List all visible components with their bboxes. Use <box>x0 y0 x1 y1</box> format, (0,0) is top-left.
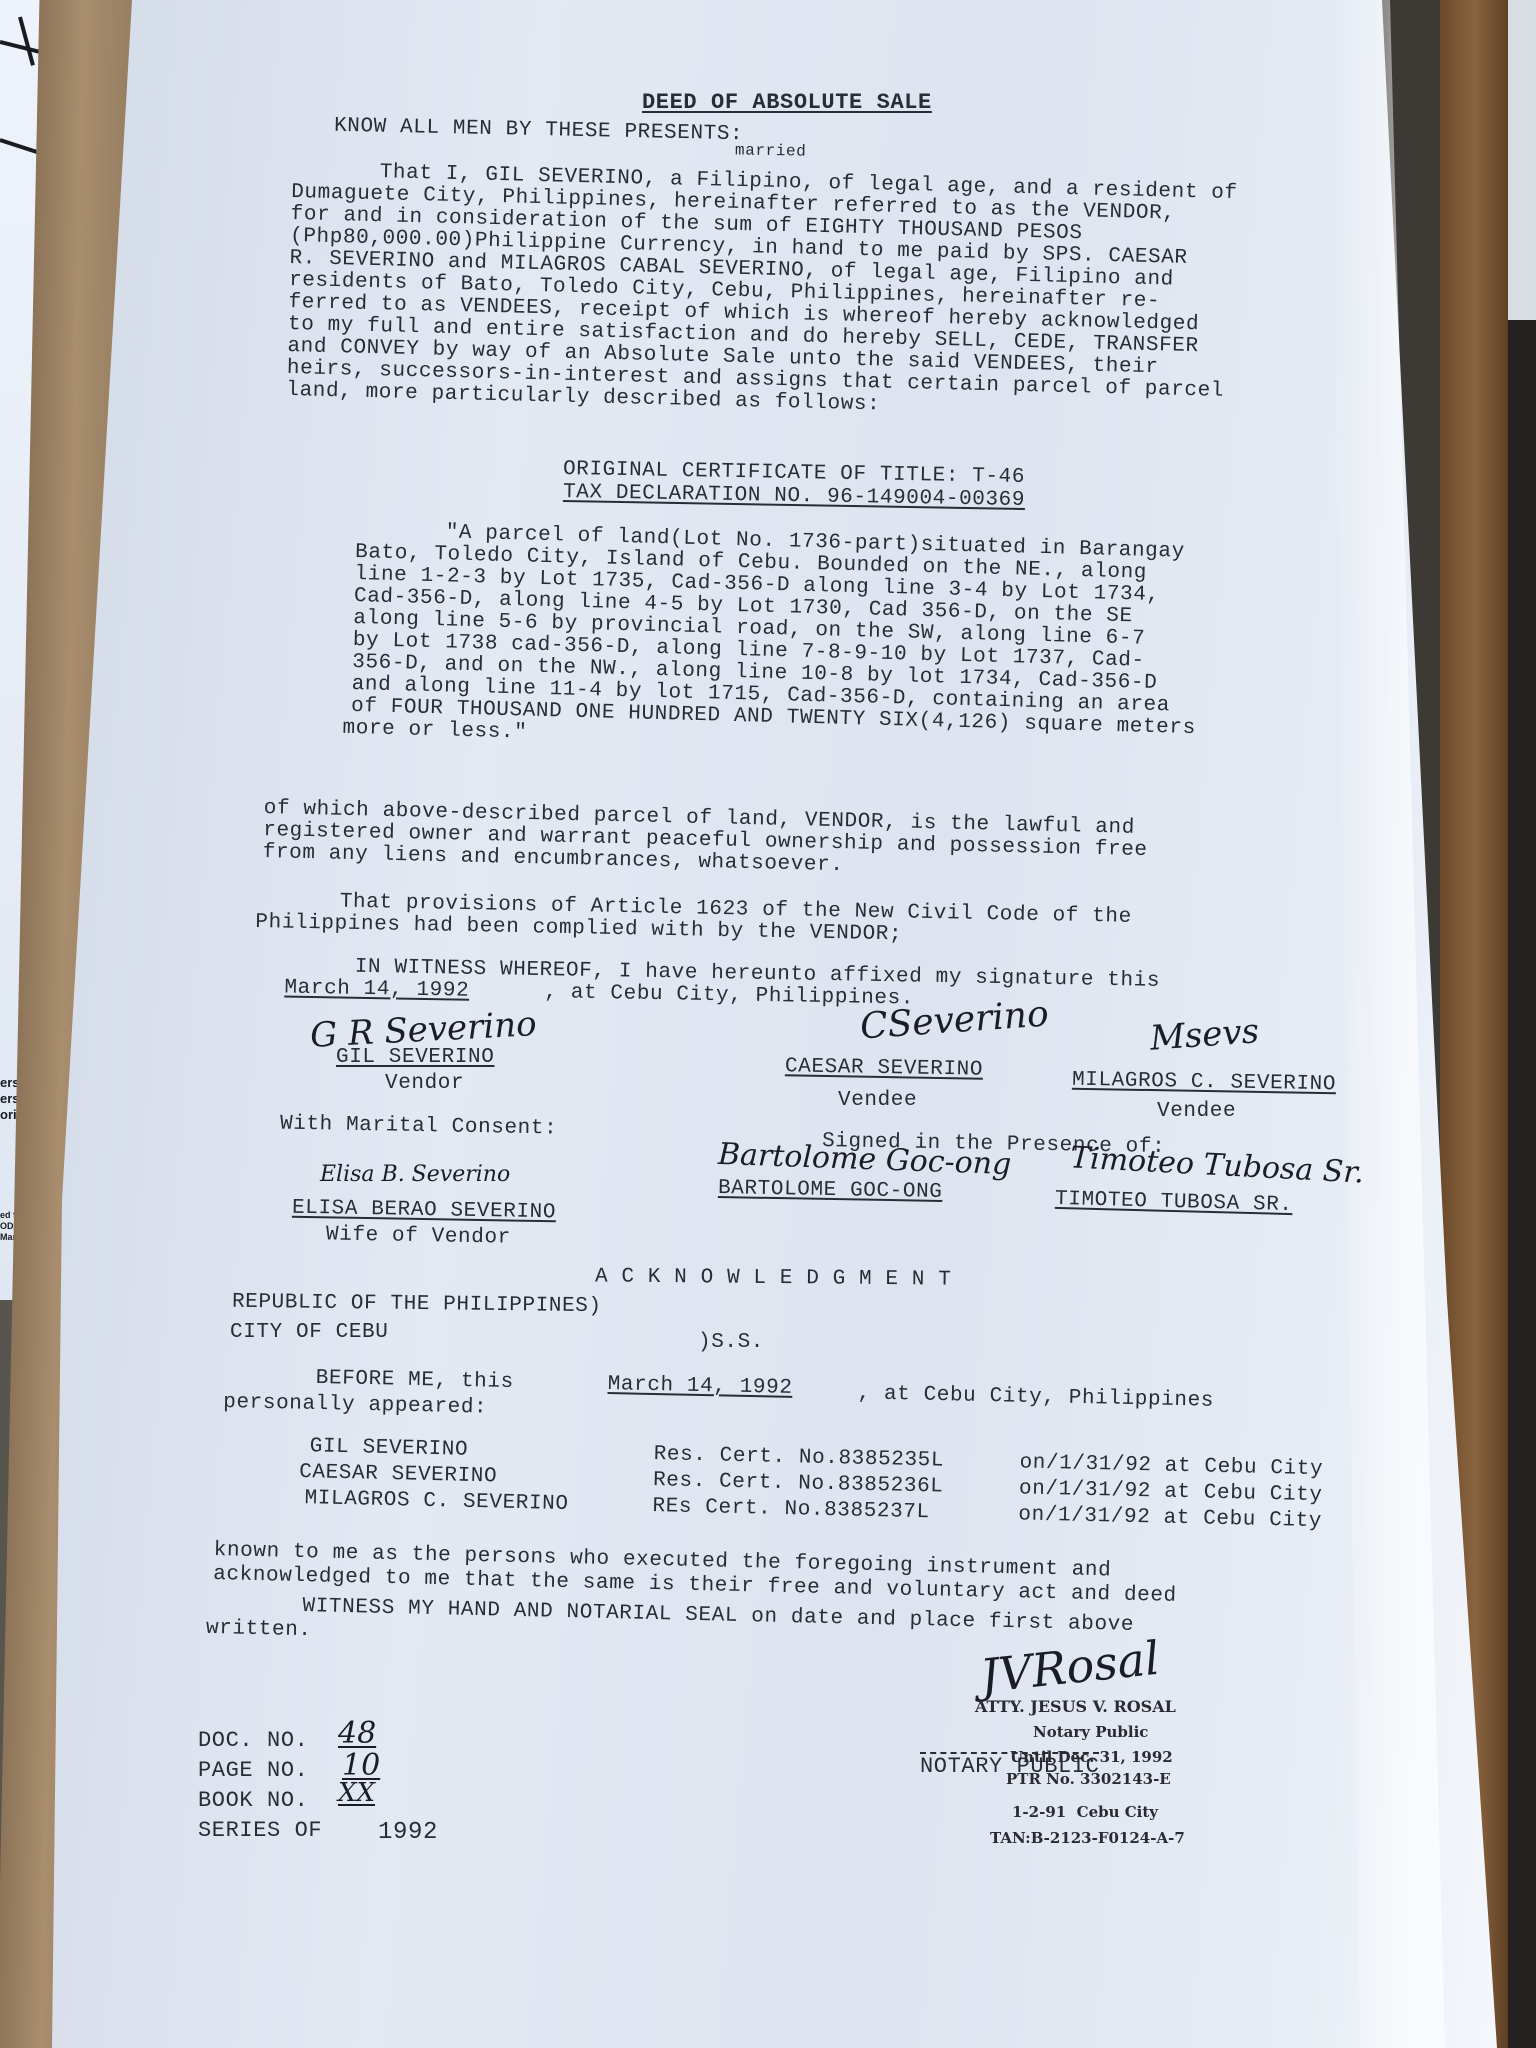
wife-signature: Elisa B. Severino <box>320 1162 510 1187</box>
witness-date: March 14, 1992 <box>284 978 469 1002</box>
document-title: DEED OF ABSOLUTE SALE <box>642 92 932 113</box>
notary-ptr: PTR No. 3302143-E <box>1006 1770 1171 1788</box>
series-label: SERIES OF <box>198 1820 322 1841</box>
notary-tan: TAN:B-2123-F0124-A-7 <box>990 1829 1185 1847</box>
vendee2-role: Vendee <box>1157 1101 1236 1122</box>
book-no-label: BOOK NO. <box>198 1790 308 1811</box>
before-me-prefix: BEFORE ME, this <box>316 1368 514 1393</box>
vendor-name: GIL SEVERINO <box>336 1047 494 1068</box>
venue-ss: )S.S. <box>698 1332 764 1353</box>
wife-name: ELISA BERAO SEVERINO <box>292 1198 556 1224</box>
witness1-name: BARTOLOME GOC-ONG <box>718 1178 943 1203</box>
before-me-date: March 14, 1992 <box>607 1374 792 1399</box>
person-name: CAESAR SEVERINO <box>299 1462 497 1487</box>
book-no-value: XX <box>338 1778 375 1808</box>
doc-no-label: DOC. NO. <box>198 1730 308 1751</box>
dark-edge-right <box>1508 320 1536 2048</box>
notary-ptr-date: 1-2-91 Cebu City <box>1012 1803 1158 1821</box>
page-no-label: PAGE NO. <box>198 1760 308 1781</box>
inserted-word: married <box>735 141 807 160</box>
venue-line-2: CITY OF CEBU <box>230 1322 388 1343</box>
vendee1-name: CAESAR SEVERINO <box>785 1056 983 1080</box>
vendee2-signature: Msevs <box>1149 1011 1261 1059</box>
notary-title: Notary Public <box>1033 1723 1148 1741</box>
series-value: 1992 <box>378 1822 438 1843</box>
person-name: GIL SEVERINO <box>310 1436 469 1461</box>
vendee1-role: Vendee <box>838 1090 917 1111</box>
background-sheet-right <box>1508 0 1536 320</box>
notary-name: ATTY. JESUS V. ROSAL <box>975 1697 1176 1716</box>
seal-line-2: written. <box>206 1618 312 1641</box>
doc-no-value: 48 <box>338 1716 376 1751</box>
vendor-role: Vendor <box>385 1073 464 1094</box>
acknowledgment-heading: A C K N O W L E D G M E N T <box>595 1266 952 1290</box>
notary-commission-until: Until Dec. 31, 1992 <box>1010 1748 1173 1766</box>
venue-line-1: REPUBLIC OF THE PHILIPPINES) <box>232 1292 602 1318</box>
personally-appeared: personally appeared: <box>223 1392 487 1419</box>
parcel-line: more or less." <box>342 718 527 744</box>
marital-consent-label: With Marital Consent: <box>280 1114 558 1140</box>
vendee2-name: MILAGROS C. SEVERINO <box>1072 1070 1336 1096</box>
wife-role: Wife of Vendor <box>326 1224 511 1248</box>
